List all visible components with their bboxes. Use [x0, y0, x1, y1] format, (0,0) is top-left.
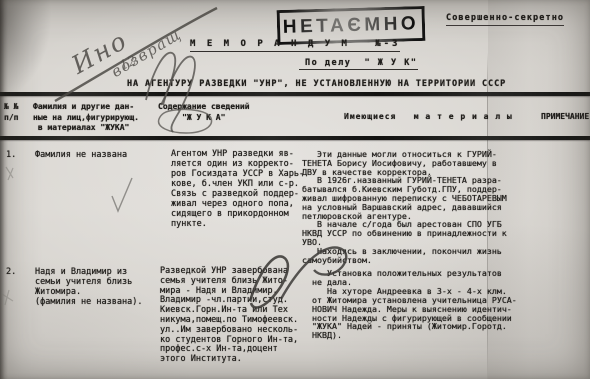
- case-line: По делу " Ж У К": [299, 58, 418, 70]
- header-col-name: Фамилия и другие дан- ные на лиц,фигурир…: [33, 102, 139, 134]
- header-col-number: № № п/п: [4, 102, 18, 123]
- header-col-notes: ПРИМЕЧАНИЕ: [541, 112, 589, 123]
- classification-label: Совершенно-секретно: [446, 13, 564, 26]
- table-header-rule: [0, 136, 590, 140]
- header-col-content: Содержание сведений "Ж У К А": [158, 102, 250, 123]
- table-row-1-name: Фамилия не названа: [35, 150, 127, 160]
- header-col-materials: Имеющиеся м а т е р и а л ы: [344, 112, 513, 123]
- table-row-2-number: 2.: [6, 267, 16, 277]
- table-row-1-content: Агентом УНР разведки яв- ляется один из …: [171, 149, 304, 229]
- memo-title: М Е М О Р А Н Д У М №-3: [190, 39, 400, 52]
- table-row-2-name: Надя и Владимир из семьи учителя близь Ж…: [35, 267, 142, 307]
- table-row-1-number: 1.: [6, 150, 16, 160]
- table-row-2-materials: Установка положительных результатов не д…: [312, 269, 517, 340]
- document-scan: Совершенно-секретно НЕТАЄМНО М Е М О Р А…: [0, 0, 590, 379]
- table-row-1-materials: Эти данные могли относиться к ГУРИЙ- ТЕН…: [302, 150, 507, 264]
- checkmark-row-1: [112, 178, 132, 211]
- table-row-2-content: Разведкой УНР завербована семья учителя …: [160, 267, 298, 365]
- memo-subtitle: НА АГЕНТУРУ РАЗВЕДКИ "УНР", НЕ УСТАНОВЛЕ…: [127, 79, 506, 89]
- scan-left-edge: [0, 0, 8, 379]
- table-top-rule: [0, 92, 590, 96]
